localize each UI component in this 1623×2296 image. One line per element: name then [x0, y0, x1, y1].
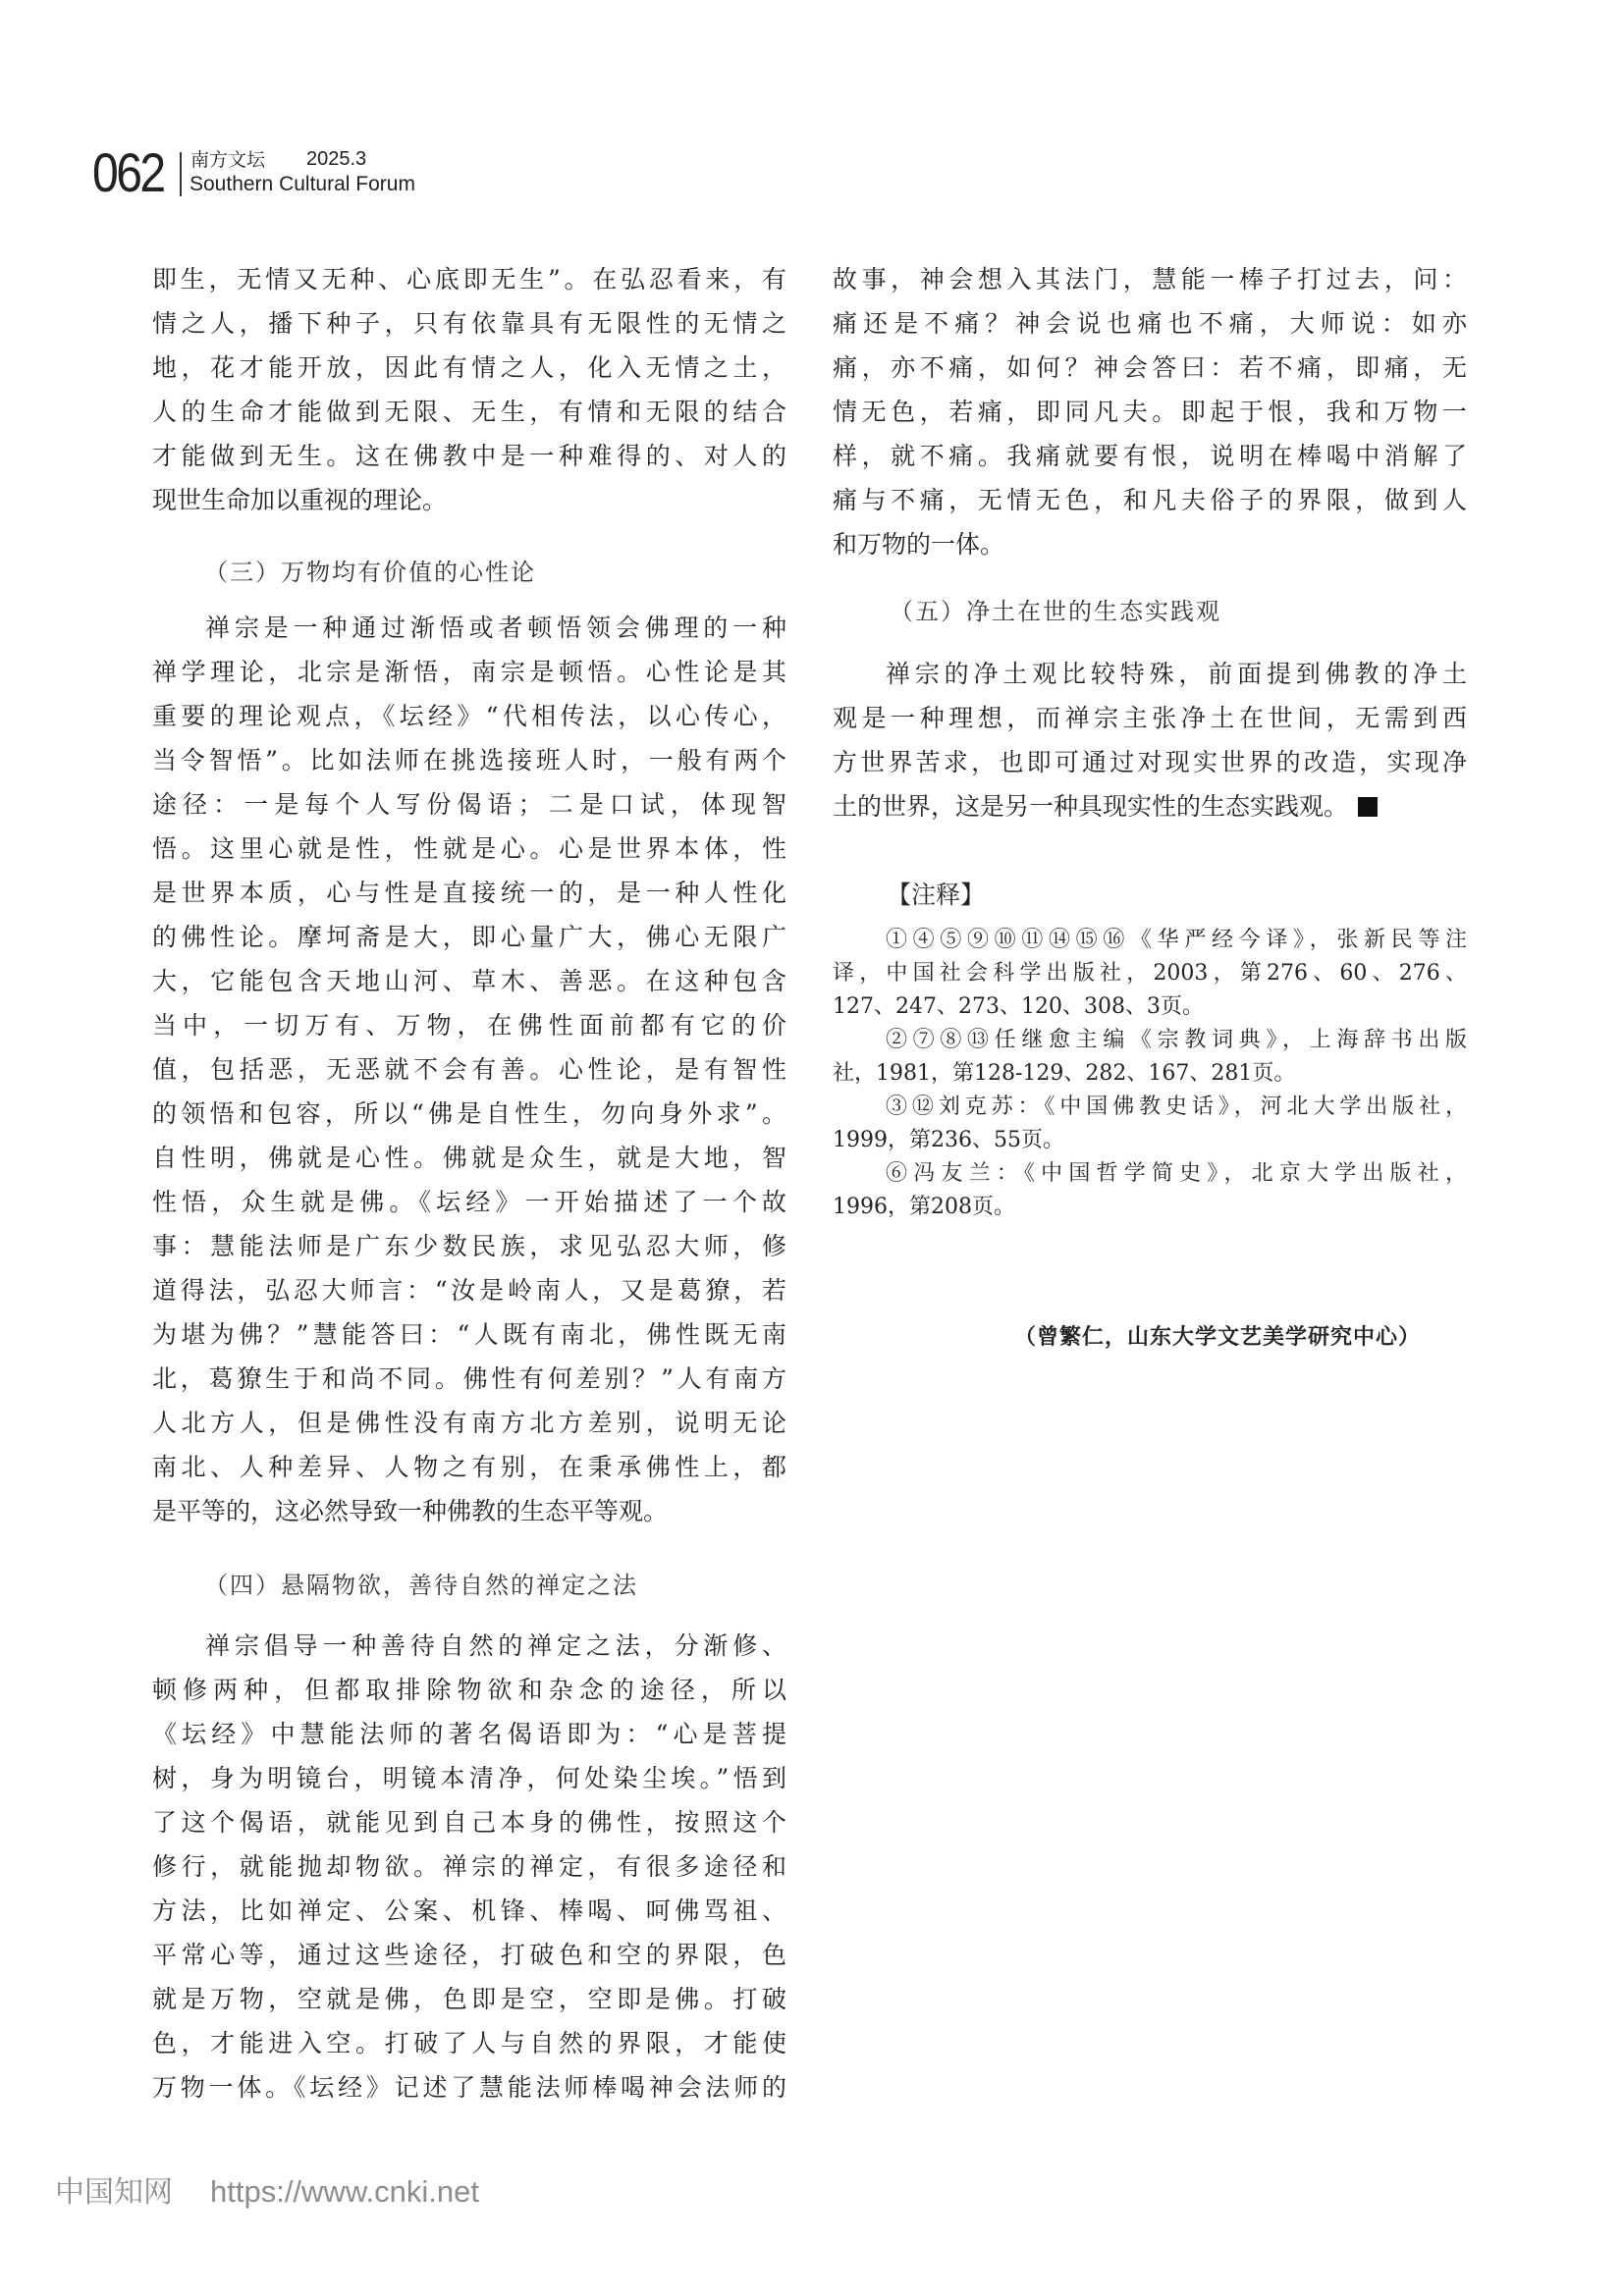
note-line: ①④⑤⑨⑩⑪⑭⑮⑯《华严经今译》，张新民等注 — [886, 927, 1467, 954]
section-heading-5: （五）净土在世的生态实践观 — [890, 597, 1221, 626]
text-line: 重要的理论观点，《坛经》“代相传法，以心传心， — [152, 702, 786, 731]
text-line: 现世生命加以重视的理论。 — [152, 486, 786, 515]
header-divider — [180, 152, 182, 196]
text-line: 南北、人种差异、人物之有别，在秉承佛性上，都 — [152, 1453, 786, 1482]
text-line: 即生，无情又无种、心底即无生”。在弘忍看来，有 — [152, 265, 786, 294]
note-line: 社，1981，第128-129、282、167、281页。 — [833, 1060, 1467, 1088]
text-line: 才能做到无生。这在佛教中是一种难得的、对人的 — [152, 442, 786, 471]
text-line: 禅宗的净土观比较特殊，前面提到佛教的净土 — [886, 660, 1467, 689]
page-number: 062 — [92, 145, 164, 200]
text-line: 禅宗是一种通过渐悟或者顿悟领会佛理的一种 — [205, 614, 786, 643]
text-line: 的领悟和包容，所以“佛是自性生，勿向身外求”。 — [152, 1099, 786, 1129]
section-heading-3: （三）万物均有价值的心性论 — [204, 558, 536, 587]
note-line: 译，中国社会科学出版社，2003，第276、60、276、 — [833, 960, 1467, 988]
journal-title-en: Southern Cultural Forum — [189, 173, 415, 196]
section-heading-4: （四）悬隔物欲，善待自然的禅定之法 — [204, 1571, 638, 1600]
text-line: 情之人，播下种子，只有依靠具有无限性的无情之 — [152, 309, 786, 339]
text-line: 禅学理论，北宗是渐悟，南宗是顿悟。心性论是其 — [152, 658, 786, 687]
text-line: 方世界苦求，也即可通过对现实世界的改造，实现净 — [833, 748, 1467, 777]
text-line: 平常心等，通过这些途径，打破色和空的界限，色 — [152, 1941, 786, 1970]
text-line: 为堪为佛？”慧能答曰：“人既有南北，佛性既无南 — [152, 1320, 786, 1350]
text-line: 悟。这里心就是性，性就是心。心是世界本体，性 — [152, 834, 786, 864]
text-line: 了这个偈语，就能见到自己本身的佛性，按照这个 — [152, 1808, 786, 1838]
text-line: 道得法，弘忍大师言：“汝是岭南人，又是葛獠，若 — [152, 1276, 786, 1306]
watermark-brand: 中国知网 — [55, 2175, 173, 2210]
text-line: 顿修两种，但都取排除物欲和杂念的途径，所以 — [152, 1676, 786, 1705]
text-line: 就是万物，空就是佛，色即是空，空即是佛。打破 — [152, 1985, 786, 2014]
text-line: 痛还是不痛？神会说也痛也不痛，大师说：如亦 — [833, 309, 1467, 339]
note-line: ③⑫刘克苏：《中国佛教史话》，河北大学出版社， — [886, 1094, 1467, 1121]
text-line: 土的世界，这是另一种具现实性的生态实践观。 — [833, 792, 1467, 822]
note-line: 127、247、273、120、308、3页。 — [833, 993, 1467, 1021]
watermark-url: https://www.cnki.net — [210, 2174, 479, 2209]
journal-issue: 2025.3 — [306, 148, 366, 170]
text-line: 事：慧能法师是广东少数民族，求见弘忍大师，修 — [152, 1232, 786, 1261]
cnki-watermark: 中国知网https://www.cnki.net — [55, 2175, 479, 2210]
note-line: 1996，第208页。 — [833, 1194, 1467, 1221]
note-line: ②⑦⑧⑬任继愈主编《宗教词典》，上海辞书出版 — [886, 1027, 1467, 1054]
text-line: 禅宗倡导一种善待自然的禅定之法，分渐修、 — [205, 1631, 786, 1661]
text-line: 故事，神会想入其法门，慧能一棒子打过去，问： — [833, 265, 1467, 294]
text-line: 和万物的一体。 — [833, 530, 1467, 560]
text-line: 树，身为明镜台，明镜本清净，何处染尘埃。”悟到 — [152, 1764, 786, 1793]
text-line: 人北方人，但是佛性没有南方北方差别，说明无论 — [152, 1409, 786, 1438]
text-line: 值，包括恶，无恶就不会有善。心性论，是有智性 — [152, 1055, 786, 1085]
text-line: 修行，就能抛却物欲。禅宗的禅定，有很多途径和 — [152, 1852, 786, 1882]
text-line: 情无色，若痛，即同凡夫。即起于恨，我和万物一 — [833, 398, 1467, 427]
text-line: 色，才能进入空。打破了人与自然的界限，才能使 — [152, 2029, 786, 2058]
text-line: 的佛性论。摩坷斋是大，即心量广大，佛心无限广 — [152, 923, 786, 952]
text-line: 途径：一是每个人写份偈语；二是口试，体现智 — [152, 790, 786, 820]
text-line: 北，葛獠生于和尚不同。佛性有何差别？”人有南方 — [152, 1364, 786, 1394]
text-line: 《坛经》中慧能法师的著名偈语即为：“心是菩提 — [152, 1720, 786, 1749]
text-line: 是世界本质，心与性是直接统一的，是一种人性化 — [152, 879, 786, 908]
text-line: 大，它能包含天地山河、草木、善恶。在这种包含 — [152, 967, 786, 996]
text-line: 方法，比如禅定、公案、机锋、棒喝、呵佛骂祖、 — [152, 1896, 786, 1926]
text-line: 痛与不痛，无情无色，和凡夫俗子的界限，做到人 — [833, 486, 1467, 515]
note-line: ⑥冯友兰：《中国哲学简史》，北京大学出版社， — [886, 1160, 1467, 1188]
text-line: 样，就不痛。我痛就要有恨，说明在棒喝中消解了 — [833, 442, 1467, 471]
text-line: 观是一种理想，而禅宗主张净土在世间，无需到西 — [833, 704, 1467, 733]
text-line: 自性明，佛就是心性。佛就是众生，就是大地，智 — [152, 1144, 786, 1173]
note-line: 1999，第236、55页。 — [833, 1127, 1467, 1154]
text-line: 当令智悟”。比如法师在挑选接班人时，一般有两个 — [152, 746, 786, 775]
notes-title: 【注释】 — [887, 881, 985, 910]
text-line: 痛，亦不痛，如何？神会答曰：若不痛，即痛，无 — [833, 353, 1467, 383]
text-line: 是平等的，这必然导致一种佛教的生态平等观。 — [152, 1497, 786, 1526]
text-line: 当中，一切万有、万物，在佛性面前都有它的价 — [152, 1011, 786, 1041]
text-line: 地，花才能开放，因此有情之人，化入无情之土， — [152, 353, 786, 383]
end-of-article-mark — [1358, 797, 1378, 817]
author-affiliation: （曾繁仁，山东大学文艺美学研究中心） — [1014, 1324, 1421, 1352]
text-line-content: 土的世界，这是另一种具现实性的生态实践观。 — [833, 792, 1348, 821]
text-line: 性悟，众生就是佛。《坛经》一开始描述了一个故 — [152, 1188, 786, 1217]
journal-title-cn: 南方文坛 — [190, 149, 265, 171]
text-line: 万物一体。《坛经》记述了慧能法师棒喝神会法师的 — [152, 2073, 786, 2103]
text-line: 人的生命才能做到无限、无生，有情和无限的结合 — [152, 398, 786, 427]
